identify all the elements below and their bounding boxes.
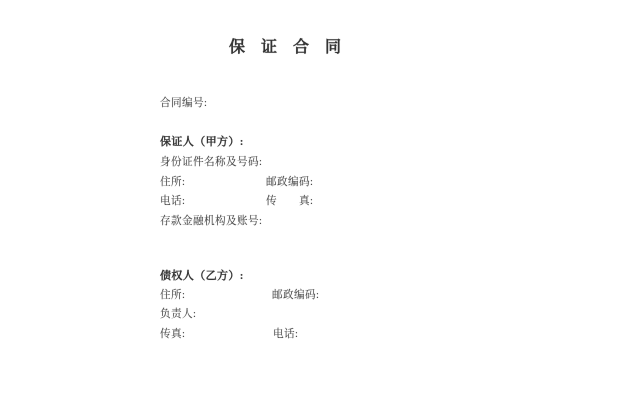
party-a-bank-account-label: 存款金融机构及账号: [160, 217, 262, 228]
party-a-heading: 保证人（甲方）: [160, 137, 244, 148]
party-a-phone-label: 电话: [160, 197, 185, 208]
party-b-heading: 债权人（乙方）: [160, 271, 244, 282]
contract-number-label: 合同编号: [160, 99, 207, 110]
party-a-id-label: 身份证件名称及号码: [160, 158, 262, 169]
party-b-phone-label: 电话: [273, 330, 298, 341]
party-a-address-label: 住所: [160, 178, 185, 189]
document-page: 保 证 合 同 合同编号: 保证人（甲方）: 身份证件名称及号码: 住所: 邮政… [0, 0, 632, 405]
party-a-postal-code-label: 邮政编码: [266, 178, 313, 189]
party-a-fax-label: 传 真: [266, 197, 313, 208]
party-b-fax-label: 传真: [160, 330, 185, 341]
party-b-manager-label: 负责人: [160, 310, 196, 321]
party-b-address-label: 住所: [160, 291, 185, 302]
party-b-postal-code-label: 邮政编码: [272, 291, 319, 302]
document-title: 保 证 合 同 [229, 40, 341, 56]
